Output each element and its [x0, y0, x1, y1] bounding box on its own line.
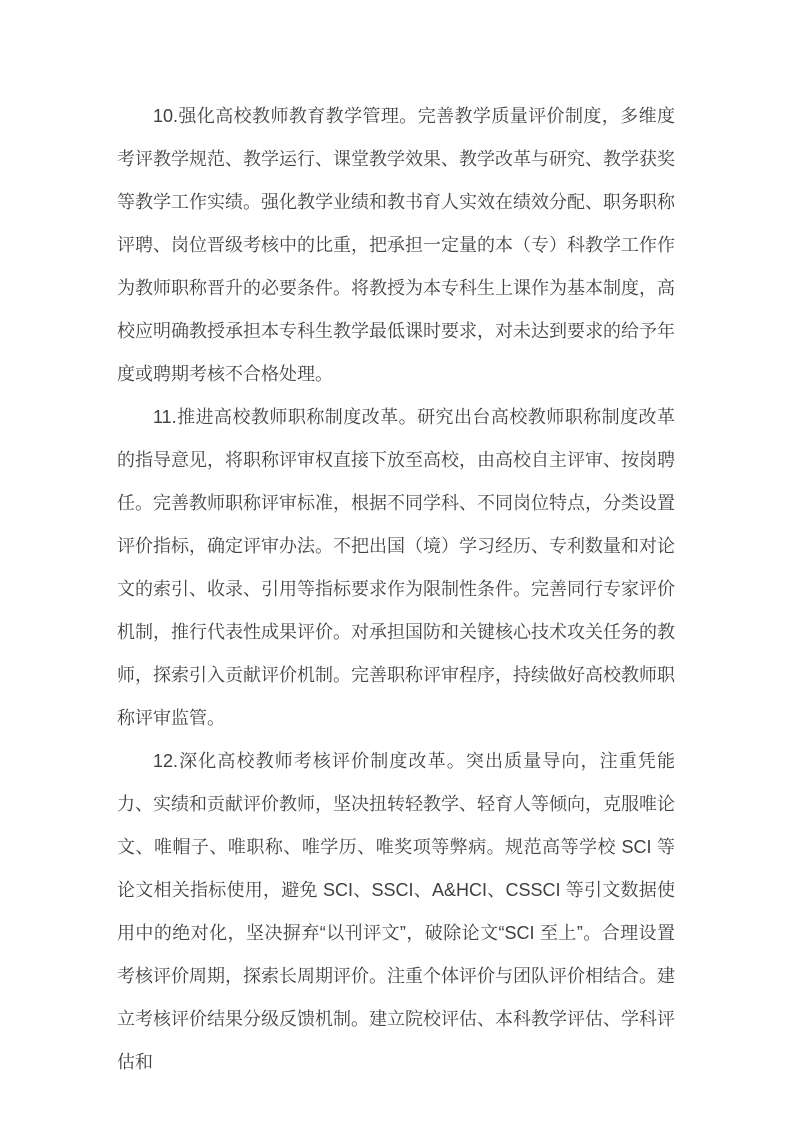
- paragraph-item-10: 10.强化高校教师教育教学管理。完善教学质量评价制度，多维度考评教学规范、教学运…: [117, 95, 675, 396]
- paragraph-item-12: 12.深化高校教师考核评价制度改革。突出质量导向，注重凭能力、实绩和贡献评价教师…: [117, 740, 675, 1084]
- paragraph-item-11: 11.推进高校教师职称制度改革。研究出台高校教师职称制度改革的指导意见，将职称评…: [117, 396, 675, 740]
- document-page: 10.强化高校教师教育教学管理。完善教学质量评价制度，多维度考评教学规范、教学运…: [0, 0, 793, 1122]
